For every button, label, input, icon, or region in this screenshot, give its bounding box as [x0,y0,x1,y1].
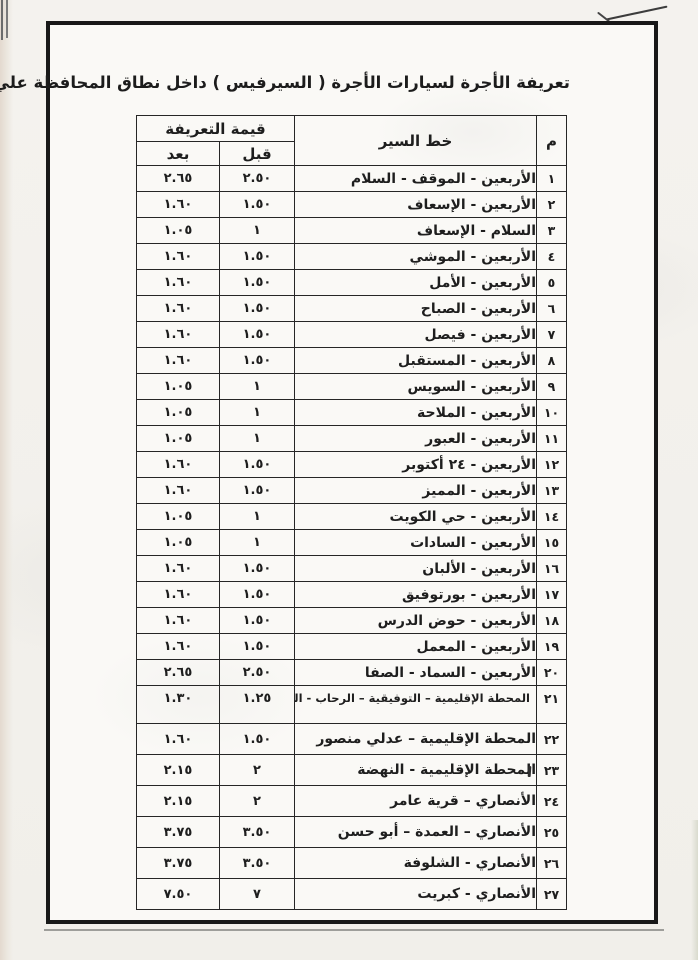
fare-before-cell: ١.٥٠ [220,724,295,755]
row-index-cell: ١١ [537,426,567,452]
fare-before-cell: ١.٥٠ [220,244,295,270]
fare-row: ١٧الأربعين - بورتوفيق١.٥٠١.٦٠ [136,582,566,608]
row-index-cell: ٤ [537,244,567,270]
fare-row: ٢٣المحطة الإقليمية - النهضة٢٢.١٥ [136,755,566,786]
row-index-cell: ٥ [537,270,567,296]
fare-row: ١٣الأربعين - المميز١.٥٠١.٦٠ [136,478,566,504]
fare-after-cell: ١.٦٠ [136,582,219,608]
fare-before-cell: ٢ [220,755,295,786]
fare-before-cell: ١.٥٠ [220,270,295,296]
route-cell: الأربعين - الأمل [295,270,537,296]
fare-after-cell: ١.٦٠ [136,724,219,755]
fare-before-cell: ١.٥٠ [220,556,295,582]
fare-after-cell: ١.٦٠ [136,478,219,504]
scan-edge-line-artifact [1,0,3,40]
fare-after-cell: ١.٦٠ [136,634,219,660]
route-cell: الأنصاري – العمدة – أبو حسن [295,817,537,848]
fare-row: ١٦الأربعين - الألبان١.٥٠١.٦٠ [136,556,566,582]
row-index-cell: ٧ [537,322,567,348]
route-cell: الأربعين - ٢٤ أكتوبر [295,452,537,478]
fare-before-cell: ٣.٥٠ [220,848,295,879]
route-cell: الأربعين - الصباح [295,296,537,322]
fare-row: ٧الأربعين - فيصل١.٥٠١.٦٠ [136,322,566,348]
row-index-cell: ٦ [537,296,567,322]
fare-tariff-table: م خط السير قيمة التعريفة قبل بعد ١الأربع… [136,115,567,910]
route-cell: الأربعين - المستقبل [295,348,537,374]
fare-before-cell: ٢.٥٠ [220,660,295,686]
fare-before-cell: ١ [220,374,295,400]
fare-before-cell: ١.٥٠ [220,296,295,322]
fare-after-cell: ١.٦٠ [136,608,219,634]
fare-before-cell: ٣.٥٠ [220,817,295,848]
fare-after-cell: ١.٦٠ [136,192,219,218]
row-index-cell: ٣ [537,218,567,244]
fare-after-cell: ٣.٧٥ [136,848,219,879]
row-index-cell: ٢٤ [537,786,567,817]
fare-after-cell: ١.٠٥ [136,374,219,400]
fare-row: ٢٧الأنصاري - كبريت٧٧.٥٠ [136,879,566,910]
fare-row: ٢٠الأربعين - السماد - الصفا٢.٥٠٢.٦٥ [136,660,566,686]
fare-after-cell: ١.٠٥ [136,400,219,426]
fare-row: ٢الأربعين - الإسعاف١.٥٠١.٦٠ [136,192,566,218]
row-index-cell: ٢ [537,192,567,218]
row-index-cell: ١٢ [537,452,567,478]
fare-after-cell: ١.٠٥ [136,504,219,530]
fare-row: ١٥الأربعين - السادات١١.٠٥ [136,530,566,556]
fare-row: ٢١المحطة الإقليمية – التوفيقية – الرحاب … [136,686,566,724]
scanned-document-page: تعريفة الأجرة لسيارات الأجرة ( السيرفيس … [0,0,698,960]
fare-before-cell: ١.٥٠ [220,582,295,608]
fare-row: ١الأربعين - الموقف - السلام٢.٥٠٢.٦٥ [136,166,566,192]
route-cell: الأربعين - حي الكويت [295,504,537,530]
fare-row: ٣السلام - الإسعاف١١.٠٥ [136,218,566,244]
route-cell: الأربعين - العبور [295,426,537,452]
row-index-cell: ١ [537,166,567,192]
header-tariff-group: قيمة التعريفة [136,116,294,142]
fare-row: ٨الأربعين - المستقبل١.٥٠١.٦٠ [136,348,566,374]
row-index-cell: ٢٠ [537,660,567,686]
row-index-cell: ١٥ [537,530,567,556]
fare-row: ٢٦الأنصاري - الشلوفة٣.٥٠٣.٧٥ [136,848,566,879]
route-cell: الأربعين - السماد - الصفا [295,660,537,686]
fare-before-cell: ١ [220,400,295,426]
fare-row: ٦الأربعين - الصباح١.٥٠١.٦٠ [136,296,566,322]
fare-before-cell: ١.٢٥ [220,686,295,724]
fare-after-cell: ٢.١٥ [136,786,219,817]
fare-after-cell: ١.٦٠ [136,270,219,296]
row-index-cell: ١٣ [537,478,567,504]
route-cell: الأربعين - فيصل [295,322,537,348]
fare-before-cell: ٢ [220,786,295,817]
fare-after-cell: ٧.٥٠ [136,879,219,910]
row-index-cell: ٩ [537,374,567,400]
row-index-cell: ٢٢ [537,724,567,755]
fare-after-cell: ٣.٧٥ [136,817,219,848]
fare-after-cell: ١.٣٠ [136,686,219,724]
document-title: تعريفة الأجرة لسيارات الأجرة ( السيرفيس … [0,73,570,92]
fare-row: ٢٢المحطة الإقليمية – عدلي منصور١.٥٠١.٦٠ [136,724,566,755]
header-before-column: قبل [220,142,295,166]
route-cell: الأربعين - السادات [295,530,537,556]
header-index-column: م [537,116,567,166]
fare-before-cell: ١.٥٠ [220,452,295,478]
route-cell: الأربعين - بورتوفيق [295,582,537,608]
fare-after-cell: ١.٠٥ [136,218,219,244]
document-border-frame: تعريفة الأجرة لسيارات الأجرة ( السيرفيس … [46,21,658,924]
fare-row: ١٢الأربعين - ٢٤ أكتوبر١.٥٠١.٦٠ [136,452,566,478]
fare-before-cell: ٢.٥٠ [220,166,295,192]
fare-after-cell: ١.٦٠ [136,452,219,478]
route-cell: الأربعين - الموشي [295,244,537,270]
fare-row: ٥الأربعين - الأمل١.٥٠١.٦٠ [136,270,566,296]
scan-bottom-line-artifact [44,929,664,931]
route-cell: السلام - الإسعاف [295,218,537,244]
route-cell: الأربعين - المعمل [295,634,537,660]
scan-edge-line-artifact [6,0,8,38]
fare-row: ١٠الأربعين - الملاحة١١.٠٥ [136,400,566,426]
fare-before-cell: ١ [220,218,295,244]
header-after-column: بعد [136,142,219,166]
fare-table-header: م خط السير قيمة التعريفة قبل بعد [136,116,566,166]
route-cell: الأربعين - السويس [295,374,537,400]
fare-row: ١١الأربعين - العبور١١.٠٥ [136,426,566,452]
row-index-cell: ٢٥ [537,817,567,848]
route-cell: الأربعين - الإسعاف [295,192,537,218]
fare-after-cell: ١.٦٠ [136,296,219,322]
route-cell: الأنصاري – قرية عامر [295,786,537,817]
fare-after-cell: ١.٦٠ [136,322,219,348]
fare-after-cell: ١.٠٥ [136,530,219,556]
route-cell: الأربعين - المميز [295,478,537,504]
fare-before-cell: ١.٥٠ [220,322,295,348]
fare-before-cell: ١ [220,426,295,452]
row-index-cell: ١٧ [537,582,567,608]
fare-after-cell: ١.٦٠ [136,348,219,374]
fare-before-cell: ١.٥٠ [220,348,295,374]
fare-row: ١٨الأربعين - حوض الدرس١.٥٠١.٦٠ [136,608,566,634]
route-cell: المحطة الإقليمية – التوفيقية – الرحاب - … [295,686,537,724]
fare-row: ٩الأربعين - السويس١١.٠٥ [136,374,566,400]
route-cell: المحطة الإقليمية – عدلي منصور [295,724,537,755]
fare-row: ٤الأربعين - الموشي١.٥٠١.٦٠ [136,244,566,270]
fare-after-cell: ١.٦٠ [136,556,219,582]
route-cell: الأنصاري - الشلوفة [295,848,537,879]
fare-table-body: ١الأربعين - الموقف - السلام٢.٥٠٢.٦٥٢الأر… [136,166,566,910]
header-route-column: خط السير [295,116,537,166]
route-cell: الأربعين - الألبان [295,556,537,582]
fare-before-cell: ١.٥٠ [220,478,295,504]
row-index-cell: ٨ [537,348,567,374]
row-index-cell: ٢٧ [537,879,567,910]
fare-before-cell: ٧ [220,879,295,910]
route-cell: الأربعين - الملاحة [295,400,537,426]
fare-after-cell: ٢.٦٥ [136,166,219,192]
fare-row: ١٤الأربعين - حي الكويت١١.٠٥ [136,504,566,530]
fare-before-cell: ١ [220,530,295,556]
fare-before-cell: ١ [220,504,295,530]
route-cell: المحطة الإقليمية - النهضة [295,755,537,786]
fare-after-cell: ٢.١٥ [136,755,219,786]
row-index-cell: ١٦ [537,556,567,582]
row-index-cell: ٢٣ [537,755,567,786]
scan-right-edge-artifact [691,820,698,960]
fare-row: ٢٥الأنصاري – العمدة – أبو حسن٣.٥٠٣.٧٥ [136,817,566,848]
fare-before-cell: ١.٥٠ [220,634,295,660]
fare-after-cell: ١.٦٠ [136,244,219,270]
row-index-cell: ١٨ [537,608,567,634]
route-cell: الأربعين - حوض الدرس [295,608,537,634]
pen-checkmark-artifact [606,6,667,21]
fare-after-cell: ٢.٦٥ [136,660,219,686]
fare-row: ١٩الأربعين - المعمل١.٥٠١.٦٠ [136,634,566,660]
row-index-cell: ٢١ [537,686,567,724]
scan-left-edge-artifact [0,0,13,960]
fare-before-cell: ١.٥٠ [220,192,295,218]
route-cell: الأربعين - الموقف - السلام [295,166,537,192]
row-index-cell: ١٩ [537,634,567,660]
row-index-cell: ٢٦ [537,848,567,879]
fare-before-cell: ١.٥٠ [220,608,295,634]
route-cell: الأنصاري - كبريت [295,879,537,910]
row-index-cell: ١٤ [537,504,567,530]
fare-row: ٢٤الأنصاري – قرية عامر٢٢.١٥ [136,786,566,817]
row-index-cell: ١٠ [537,400,567,426]
fare-after-cell: ١.٠٥ [136,426,219,452]
